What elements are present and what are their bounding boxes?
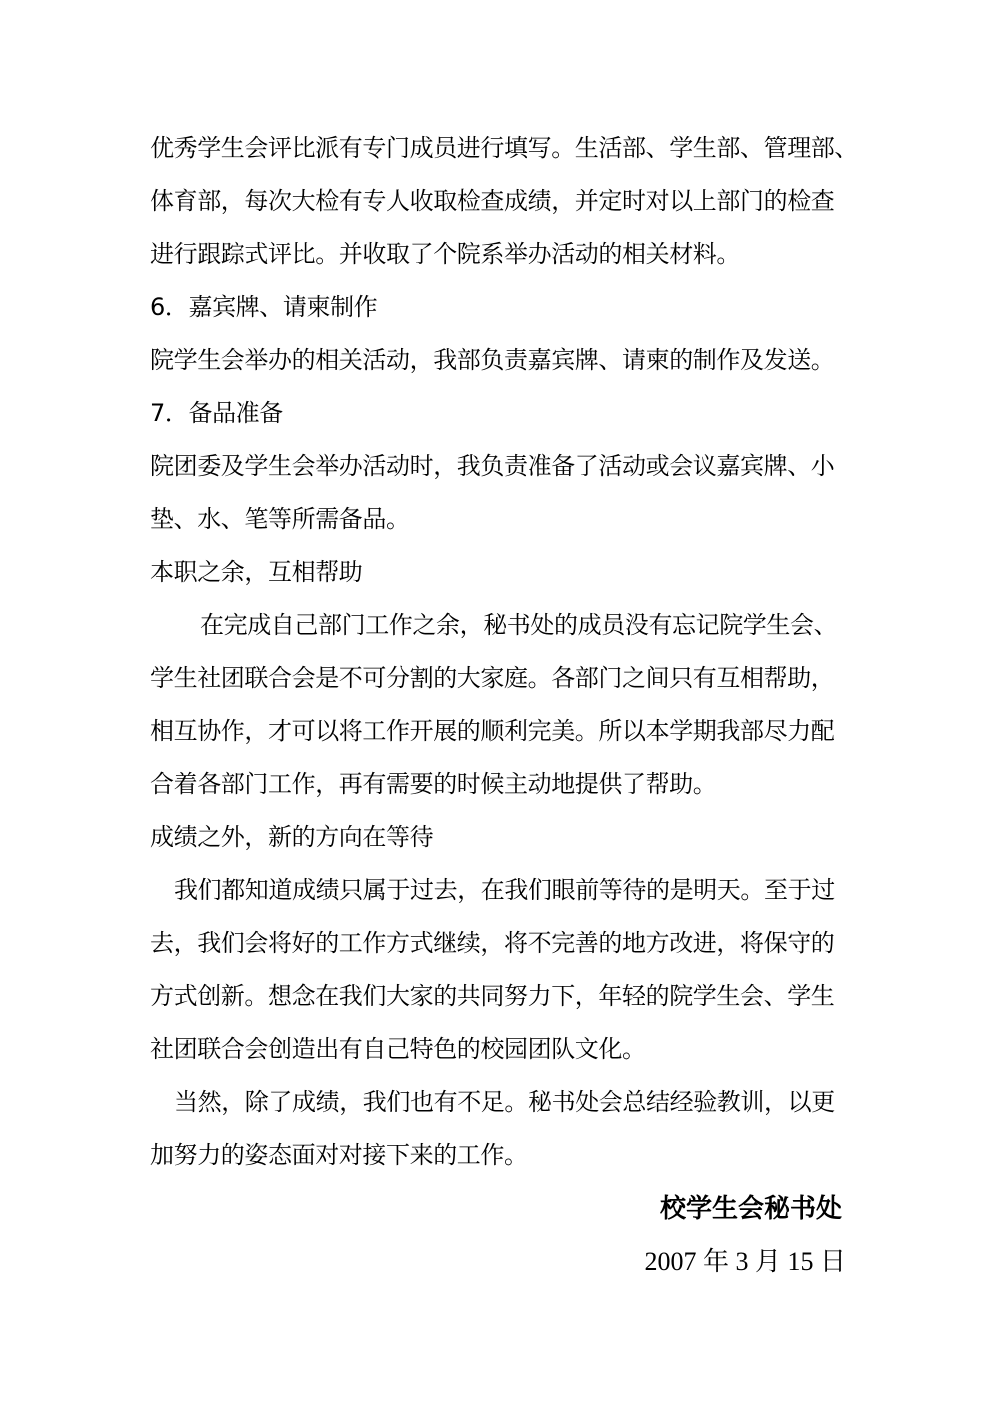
document-page: 优秀学生会评比派有专门成员进行填写。生活部、学生部、管理部、 体育部，每次大检有… [0, 0, 1000, 1415]
paragraph-line: 当然，除了成绩，我们也有不足。秘书处会总结经验教训，以更 [150, 1076, 860, 1129]
paragraph-line: 相互协作，才可以将工作开展的顺利完美。所以本学期我部尽力配 [150, 705, 860, 758]
paragraph-line: 体育部，每次大检有专人收取检查成绩，并定时对以上部门的检查 [150, 175, 860, 228]
section-heading-mutual-help: 本职之余，互相帮助 [150, 546, 860, 599]
paragraph-line: 垫、水、笔等所需备品。 [150, 493, 860, 546]
paragraph-line: 进行跟踪式评比。并收取了个院系举办活动的相关材料。 [150, 228, 860, 281]
paragraph-line: 合着各部门工作，再有需要的时候主动地提供了帮助。 [150, 758, 860, 811]
paragraph-line: 在完成自己部门工作之余，秘书处的成员没有忘记院学生会、 [150, 599, 860, 652]
paragraph-line: 去，我们会将好的工作方式继续，将不完善的地方改进，将保守的 [150, 917, 860, 970]
paragraph-line: 方式创新。想念在我们大家的共同努力下，年轻的院学生会、学生 [150, 970, 860, 1023]
paragraph-line: 加努力的姿态面对对接下来的工作。 [150, 1129, 860, 1182]
paragraph-line: 优秀学生会评比派有专门成员进行填写。生活部、学生部、管理部、 [150, 122, 860, 175]
paragraph-line: 学生社团联合会是不可分割的大家庭。各部门之间只有互相帮助， [150, 652, 860, 705]
numbered-heading-7: 7．备品准备 [150, 387, 860, 440]
paragraph-line: 社团联合会创造出有自己特色的校园团队文化。 [150, 1023, 860, 1076]
date-line: 2007 年 3 月 15 日 [150, 1235, 860, 1288]
signature: 校学生会秘书处 [150, 1182, 860, 1235]
paragraph-line: 我们都知道成绩只属于过去，在我们眼前等待的是明天。至于过 [150, 864, 860, 917]
paragraph-line: 院学生会举办的相关活动，我部负责嘉宾牌、请柬的制作及发送。 [150, 334, 860, 387]
section-heading-new-direction: 成绩之外，新的方向在等待 [150, 811, 860, 864]
numbered-heading-6: 6．嘉宾牌、请柬制作 [150, 281, 860, 334]
paragraph-line: 院团委及学生会举办活动时，我负责准备了活动或会议嘉宾牌、小 [150, 440, 860, 493]
